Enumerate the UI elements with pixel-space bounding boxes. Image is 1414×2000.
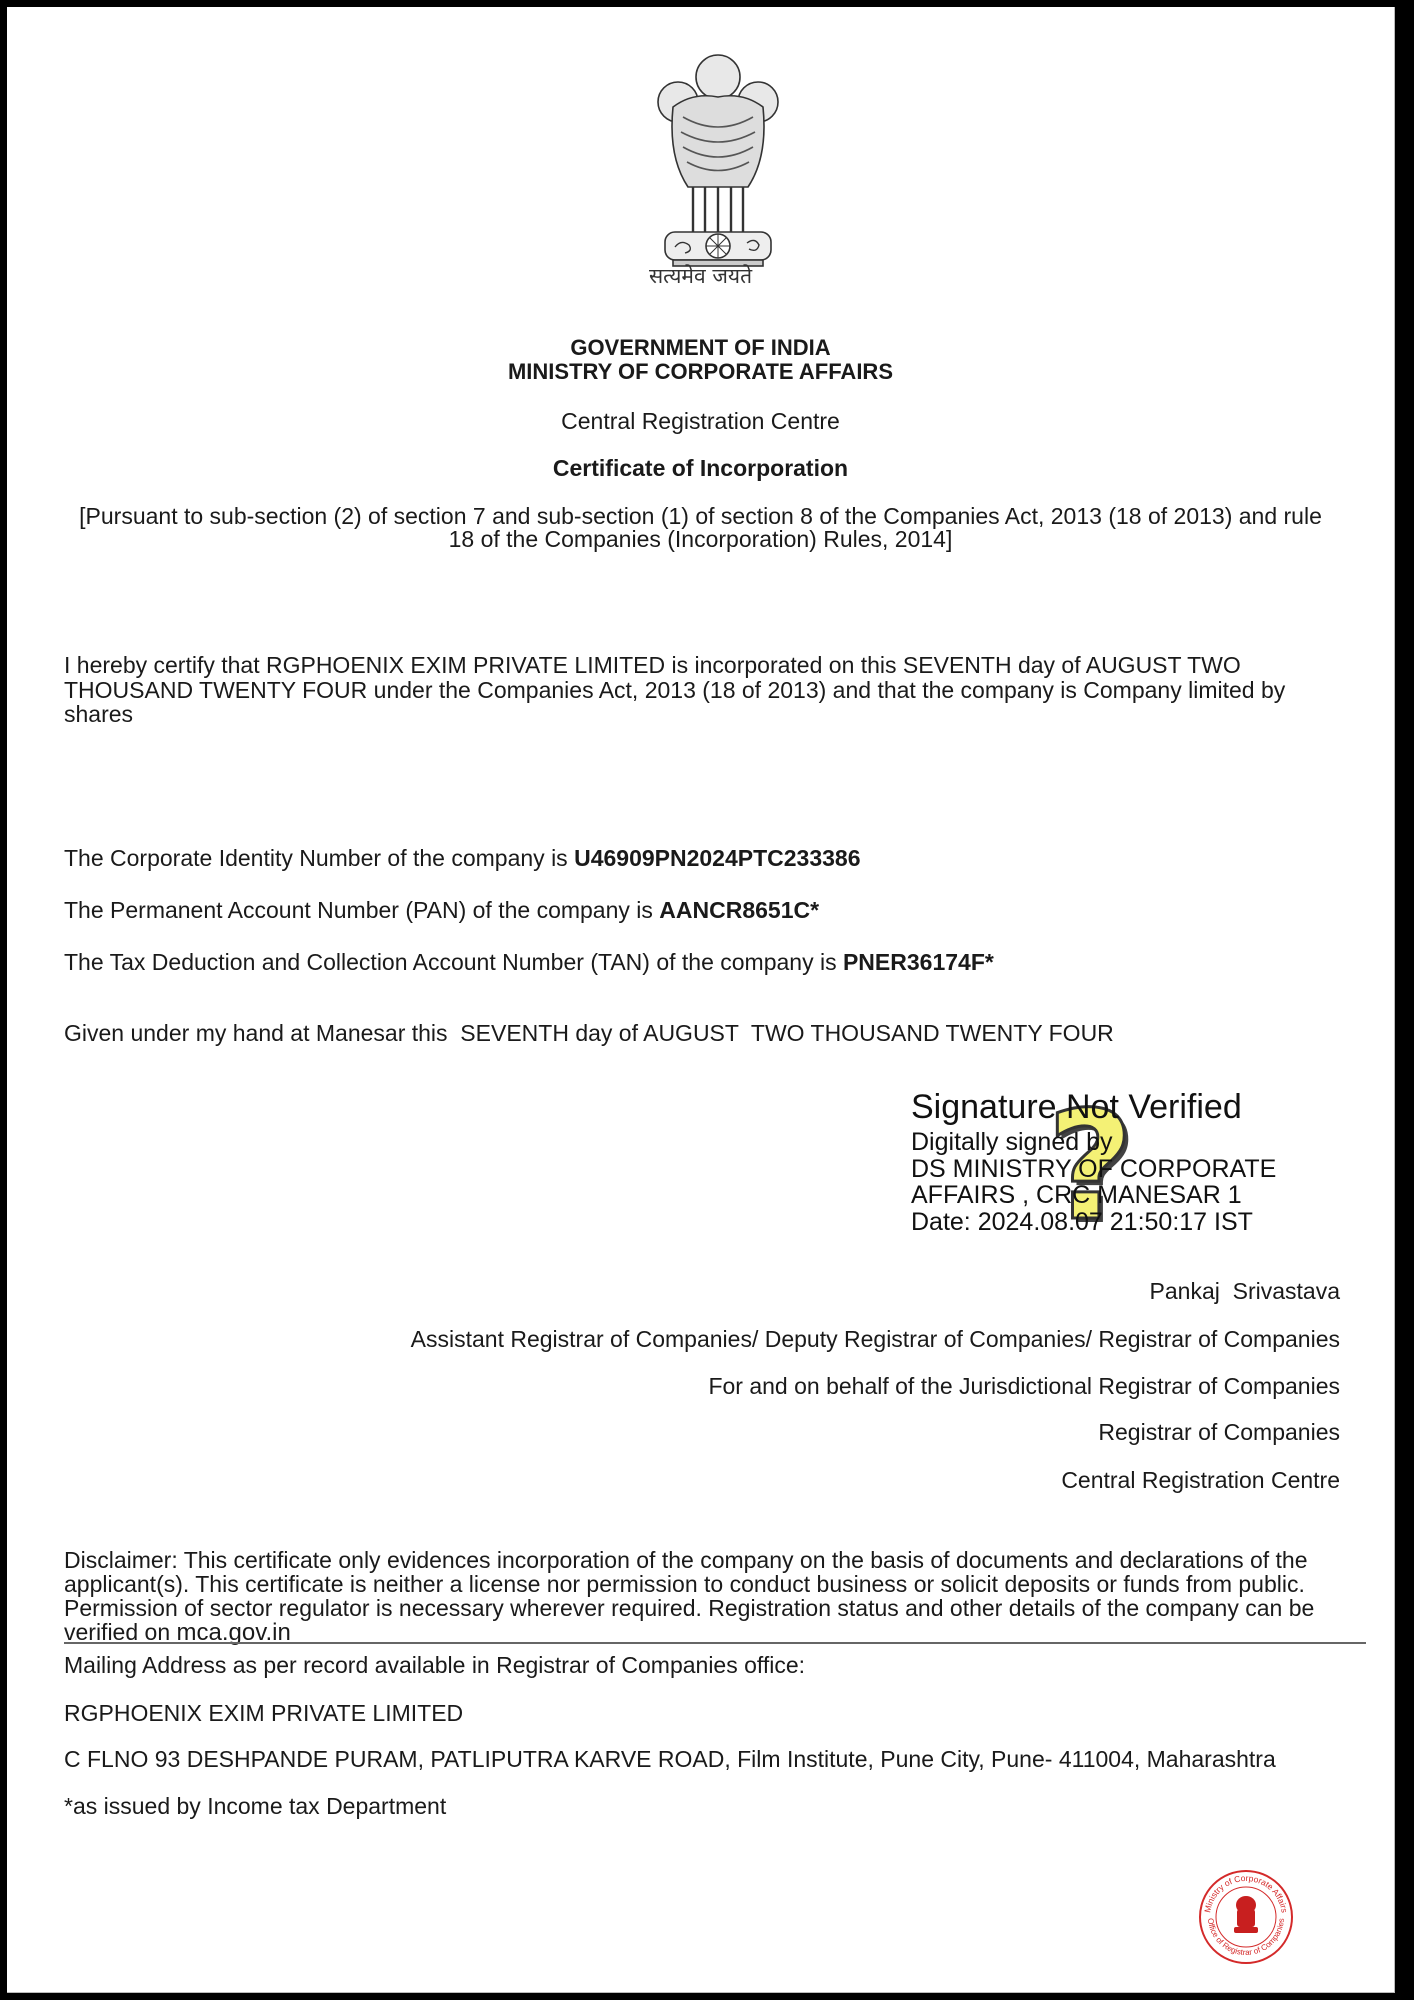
signatory-behalf: For and on behalf of the Jurisdictional …: [708, 1373, 1340, 1399]
disclaimer-line-1: Disclaimer: This certificate only eviden…: [64, 1547, 1308, 1573]
tan-row: The Tax Deduction and Collection Account…: [64, 949, 994, 975]
certify-line-3: shares: [64, 701, 133, 727]
emblem-motto: सत्यमेव जयते: [7, 262, 1394, 290]
signatory-centre: Central Registration Centre: [1061, 1467, 1340, 1493]
cin-label: The Corporate Identity Number of the com…: [64, 845, 574, 871]
signed-by-label: Digitally signed by: [911, 1129, 1331, 1156]
pan-row: The Permanent Account Number (PAN) of th…: [64, 897, 819, 923]
signatory-designation: Assistant Registrar of Companies/ Deputy…: [411, 1326, 1340, 1352]
pan-tan-footnote: *as issued by Income tax Department: [64, 1793, 446, 1819]
certify-line-1: I hereby certify that RGPHOENIX EXIM PRI…: [64, 652, 1241, 678]
disclaimer-line-2: applicant(s). This certificate is neithe…: [64, 1571, 1305, 1597]
certify-line-2: THOUSAND TWENTY FOUR under the Companies…: [64, 677, 1285, 703]
pursuant-line-2: 18 of the Companies (Incorporation) Rule…: [7, 526, 1394, 552]
pan-label: The Permanent Account Number (PAN) of th…: [64, 897, 659, 923]
cin-value: U46909PN2024PTC233386: [574, 845, 860, 871]
digital-signature-block[interactable]: Signature Not Verified Digitally signed …: [911, 1087, 1331, 1235]
disclaimer-line-3: Permission of sector regulator is necess…: [64, 1595, 1314, 1621]
signatory-name: Pankaj Srivastava: [1150, 1278, 1340, 1304]
signatory-office: Registrar of Companies: [1098, 1419, 1340, 1445]
given-under-hand: Given under my hand at Manesar this SEVE…: [64, 1020, 1114, 1046]
pan-value: AANCR8651C*: [659, 897, 819, 923]
mailing-heading: Mailing Address as per record available …: [64, 1652, 805, 1678]
divider: [64, 1642, 1366, 1644]
signer-line-2: AFFAIRS , CRC MANESAR 1: [911, 1182, 1331, 1209]
header-government: GOVERNMENT OF INDIA: [7, 335, 1394, 361]
state-emblem-icon: [643, 47, 793, 277]
header-centre: Central Registration Centre: [7, 408, 1394, 434]
mailing-company: RGPHOENIX EXIM PRIVATE LIMITED: [64, 1700, 463, 1726]
signature-status: Signature Not Verified: [911, 1087, 1331, 1127]
certificate-page: सत्यमेव जयते GOVERNMENT OF INDIA MINISTR…: [7, 7, 1395, 1993]
header-ministry: MINISTRY OF CORPORATE AFFAIRS: [7, 359, 1394, 385]
cin-row: The Corporate Identity Number of the com…: [64, 845, 861, 871]
mailing-address: C FLNO 93 DESHPANDE PURAM, PATLIPUTRA KA…: [64, 1746, 1276, 1772]
page-title: Certificate of Incorporation: [7, 455, 1394, 481]
signer-line-1: DS MINISTRY OF CORPORATE: [911, 1156, 1331, 1183]
tan-label: The Tax Deduction and Collection Account…: [64, 949, 843, 975]
signature-date: Date: 2024.08.07 21:50:17 IST: [911, 1209, 1331, 1236]
ministry-seal-icon: Ministry of Corporate Affairs Office of …: [1196, 1867, 1296, 1967]
tan-value: PNER36174F*: [843, 949, 994, 975]
